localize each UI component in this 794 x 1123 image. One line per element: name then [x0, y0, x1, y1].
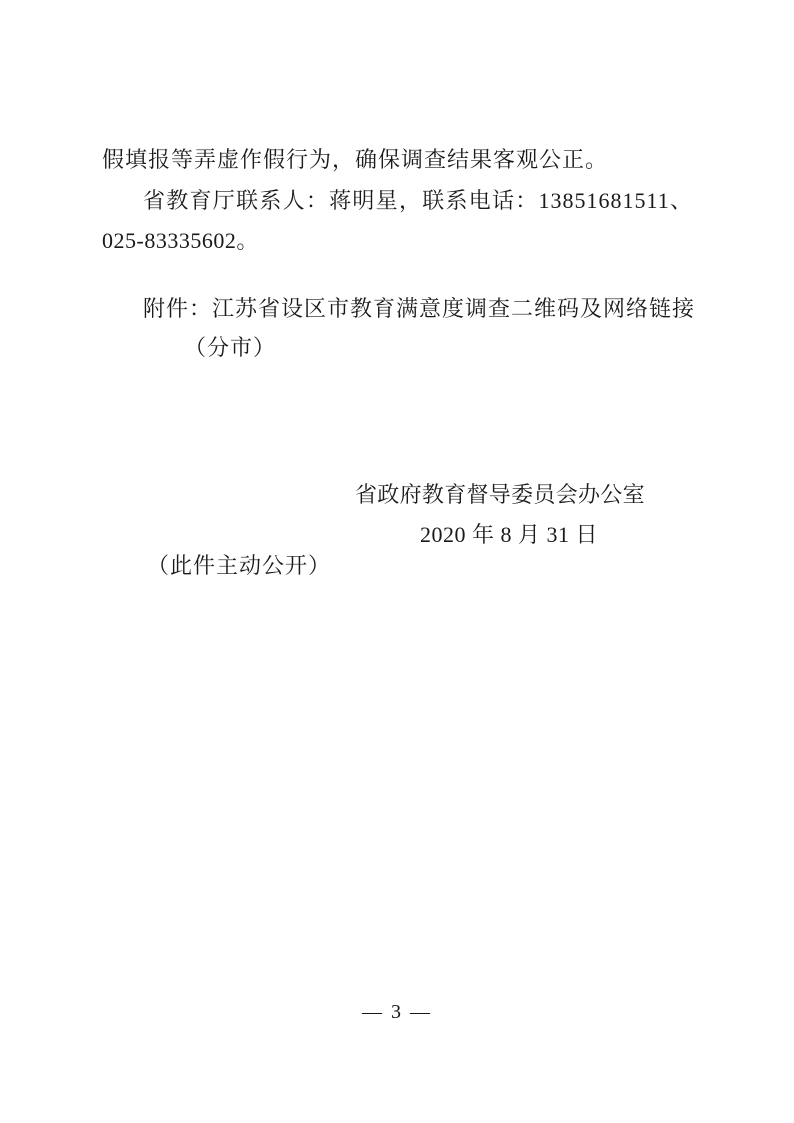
document-page: 假填报等弄虚作假行为，确保调查结果客观公正。 省教育厅联系人：蒋明星，联系电话：…	[0, 0, 794, 1123]
page-number: — 3 —	[0, 1001, 794, 1024]
contact-info-line: 省教育厅联系人：蒋明星，联系电话：13851681511、	[143, 187, 693, 215]
contact-phone-line: 025-83335602。	[102, 227, 259, 255]
attachment-heading-line-1: 附件：江苏省设区市教育满意度调查二维码及网络链接	[143, 295, 695, 323]
body-paragraph-conclusion: 假填报等弄虚作假行为，确保调查结果客观公正。	[102, 146, 608, 174]
attachment-heading-line-2: （分市）	[184, 334, 276, 362]
signature-date: 2020 年 8 月 31 日	[420, 521, 598, 549]
signature-organization: 省政府教育督导委员会办公室	[355, 481, 645, 509]
disclosure-note: （此件主动公开）	[147, 552, 331, 580]
